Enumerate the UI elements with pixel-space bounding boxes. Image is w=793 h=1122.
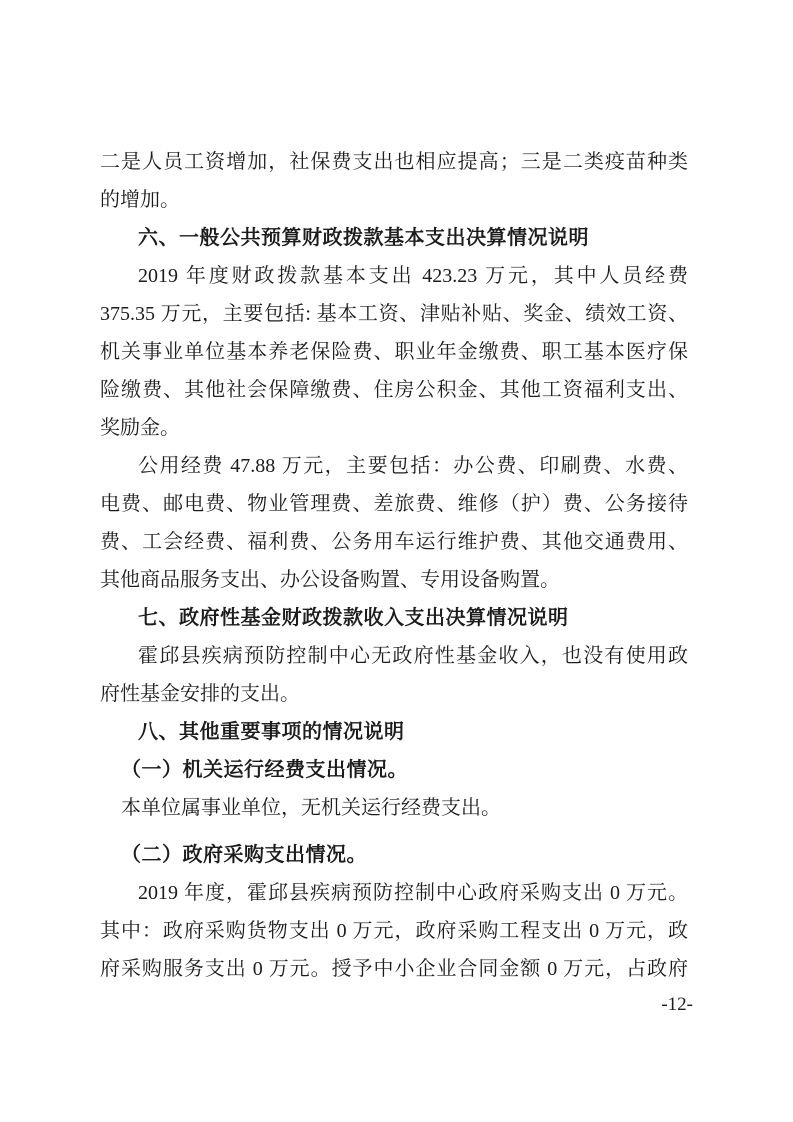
text-line: 府性基金安排的支出。	[100, 675, 688, 713]
text-line: 的增加。	[100, 181, 688, 219]
subsection-heading-two: （二）政府采购支出情况。	[100, 836, 688, 874]
text-line: 府采购服务支出 0 万元。授予中小企业合同金额 0 万元，占政府	[100, 950, 688, 988]
text-line: 其中：政府采购货物支出 0 万元，政府采购工程支出 0 万元，政	[100, 912, 688, 950]
text-line: 其他商品服务支出、办公设备购置、专用设备购置。	[100, 561, 688, 599]
section-heading-seven: 七、政府性基金财政拨款收入支出决算情况说明	[100, 599, 688, 637]
text-line: 费、工会经费、福利费、公务用车运行维护费、其他交通费用、	[100, 523, 688, 561]
text-line: 公用经费 47.88 万元，主要包括：办公费、印刷费、水费、	[100, 447, 688, 485]
page-number: -12-	[661, 992, 693, 1018]
text-line: 机关事业单位基本养老保险费、职业年金缴费、职工基本医疗保	[100, 333, 688, 371]
text-line: 险缴费、其他社会保障缴费、住房公积金、其他工资福利支出、	[100, 371, 688, 409]
section-heading-eight: 八、其他重要事项的情况说明	[100, 713, 688, 751]
section-heading-six: 六、一般公共预算财政拨款基本支出决算情况说明	[100, 219, 688, 257]
text-line: 奖励金。	[100, 409, 688, 447]
text-line: 本单位属事业单位，无机关运行经费支出。	[100, 789, 688, 827]
document-page: 二是人员工资增加，社保费支出也相应提高；三是二类疫苗种类 的增加。 六、一般公共…	[0, 0, 793, 1122]
subsection-heading-one: （一）机关运行经费支出情况。	[100, 751, 688, 789]
text-line: 2019 年度，霍邱县疾病预防控制中心政府采购支出 0 万元。	[100, 874, 688, 912]
text-line: 二是人员工资增加，社保费支出也相应提高；三是二类疫苗种类	[100, 143, 688, 181]
text-line: 2019 年度财政拨款基本支出 423.23 万元，其中人员经费	[100, 257, 688, 295]
text-line: 375.35 万元，主要包括: 基本工资、津贴补贴、奖金、绩效工资、	[100, 295, 688, 333]
document-body: 二是人员工资增加，社保费支出也相应提高；三是二类疫苗种类 的增加。 六、一般公共…	[100, 143, 688, 988]
text-line: 霍邱县疾病预防控制中心无政府性基金收入，也没有使用政	[100, 637, 688, 675]
text-line: 电费、邮电费、物业管理费、差旅费、维修（护）费、公务接待	[100, 485, 688, 523]
